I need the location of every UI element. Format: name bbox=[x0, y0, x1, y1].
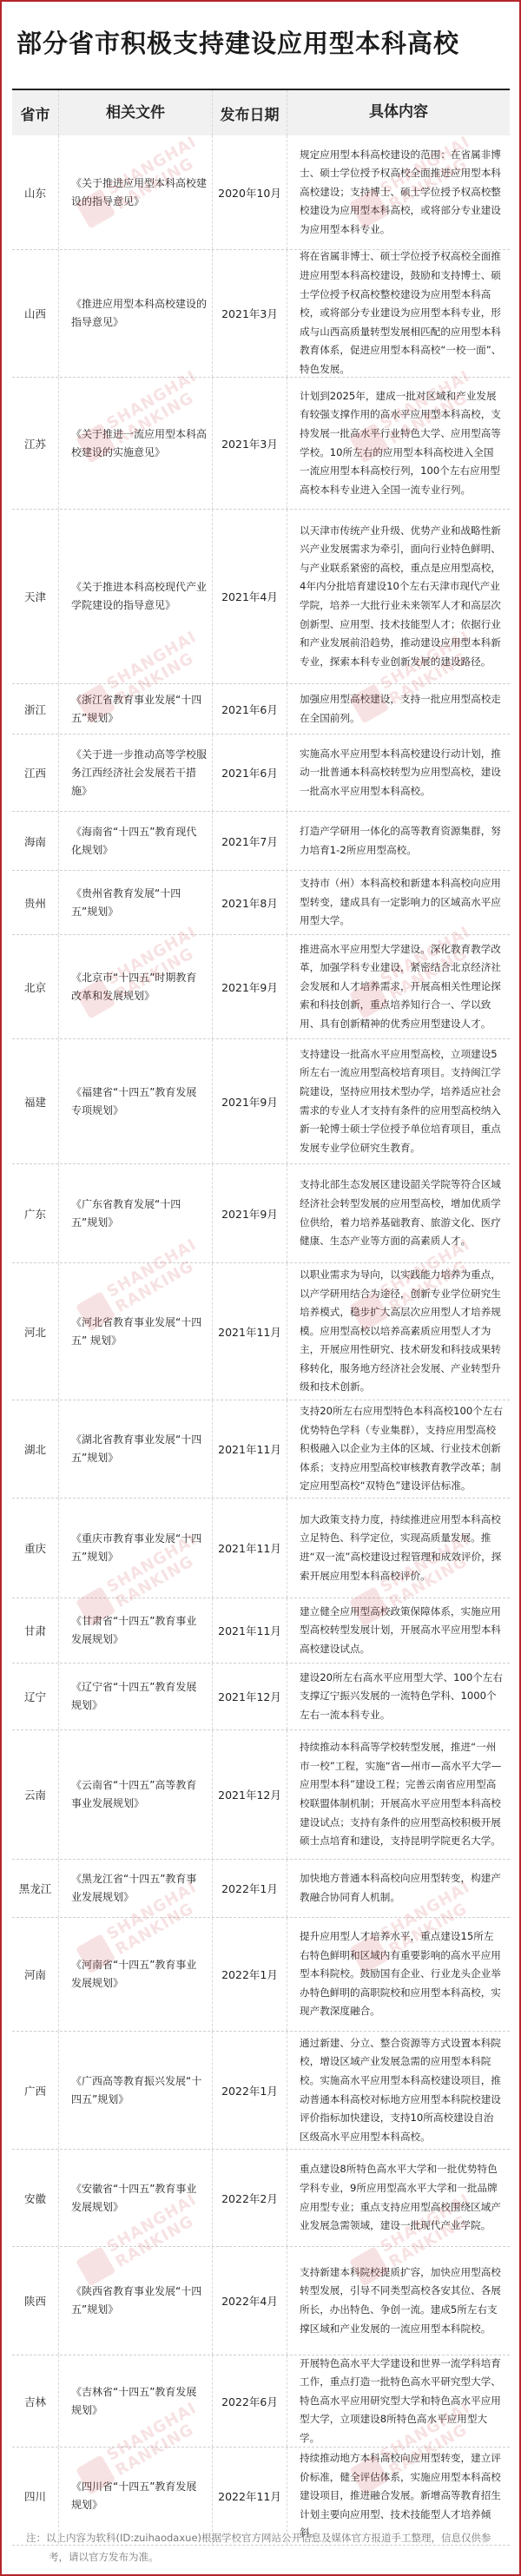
content-cell: 计划到2025年，建成一批对区域和产业发展有较强支撑作用的高水平应用型本科高校，… bbox=[287, 378, 510, 509]
province-cell: 广西 bbox=[12, 2032, 59, 2149]
province-cell: 江西 bbox=[12, 735, 59, 811]
date-cell: 2021年6月 bbox=[213, 735, 287, 811]
table-row: 湖北《湖北省教育事业发展“十四五”规划》2021年11月支持20所左右应用型特色… bbox=[12, 1400, 510, 1499]
date-cell: 2022年1月 bbox=[213, 1918, 287, 2031]
table-row: 北京《北京市“十四五”时期教育改革和发展规划》2021年9月推进高水平应用型大学… bbox=[12, 935, 510, 1039]
table-row: 安徽《安徽省“十四五”教育事业发展规划》2022年2月重点建设8所特色高水平大学… bbox=[12, 2150, 510, 2247]
table-row: 天津《关于推进本科高校现代产业学院建设的指导意见》2021年4月以天津市传统产业… bbox=[12, 510, 510, 684]
document-cell: 《广东省教育发展“十四五”规划》 bbox=[59, 1164, 213, 1262]
header-province: 省市 bbox=[12, 90, 59, 135]
date-cell: 2021年9月 bbox=[213, 935, 287, 1038]
document-cell: 《关于推进应用型本科高校建设的指导意见》 bbox=[59, 135, 213, 249]
table-row: 甘肃《甘肃省“十四五”教育事业发展规划》2021年11月建立健全应用型高校政策保… bbox=[12, 1598, 510, 1664]
table-row: 吉林《吉林省“十四五”教育发展规划》2022年6月开展特色高水平大学建设和世界一… bbox=[12, 2355, 510, 2448]
page-title: 部分省市积极支持建设应用型本科高校 bbox=[16, 24, 459, 60]
content-cell: 建设20所左右高水平应用型大学、100个左右支撑辽宁振兴发展的一流特色学科、10… bbox=[287, 1664, 510, 1729]
date-cell: 2021年6月 bbox=[213, 684, 287, 734]
content-cell: 打造产学研用一体化的高等教育资源集群，努力培育1-2所应用型高校。 bbox=[287, 812, 510, 870]
document-cell: 《广西高等教育振兴发展“十四五”规划》 bbox=[59, 2032, 213, 2149]
document-cell: 《陕西省教育事业发展“十四五”规划》 bbox=[59, 2247, 213, 2355]
content-cell: 开展特色高水平大学建设和世界一流学科培育工作，重点打造一批特色高水平研究型大学、… bbox=[287, 2355, 510, 2447]
province-cell: 浙江 bbox=[12, 684, 59, 734]
document-cell: 《关于推进本科高校现代产业学院建设的指导意见》 bbox=[59, 510, 213, 683]
date-cell: 2021年11月 bbox=[213, 1263, 287, 1400]
province-cell: 甘肃 bbox=[12, 1598, 59, 1663]
date-cell: 2022年2月 bbox=[213, 2150, 287, 2246]
document-cell: 《福建省“十四五”教育发展专项规划》 bbox=[59, 1039, 213, 1163]
province-cell: 北京 bbox=[12, 935, 59, 1038]
table-row: 陕西《陕西省教育事业发展“十四五”规划》2022年4月支持新建本科院校提质扩容，… bbox=[12, 2247, 510, 2355]
table-row: 辽宁《辽宁省“十四五”教育发展规划》2021年12月建设20所左右高水平应用型大… bbox=[12, 1664, 510, 1730]
document-cell: 《关于推进一流应用型本科高校建设的实施意见》 bbox=[59, 378, 213, 509]
date-cell: 2021年9月 bbox=[213, 1039, 287, 1163]
document-cell: 《湖北省教育事业发展“十四五”规划》 bbox=[59, 1400, 213, 1498]
content-cell: 将在省属非博士、硕士学位授予权高校全面推进应用型本科高校建设，鼓励和支持博士、硕… bbox=[287, 250, 510, 377]
province-cell: 海南 bbox=[12, 812, 59, 870]
date-cell: 2021年11月 bbox=[213, 1499, 287, 1598]
content-cell: 提升应用型人才培养水平，重点建设15所左右特色鲜明和区域内有重要影响的高水平应用… bbox=[287, 1918, 510, 2031]
footnote: 注：以上内容为软科(ID:zuihaodaxue)根据学校官方网站公开信息及媒体… bbox=[26, 2528, 509, 2566]
table-row: 福建《福建省“十四五”教育发展专项规划》2021年9月支持建设一批高水平应用型高… bbox=[12, 1039, 510, 1164]
province-cell: 河北 bbox=[12, 1263, 59, 1400]
content-cell: 支持新建本科院校提质扩容，加快应用型高校转型发展，引导不同类型高校各安其位、各展… bbox=[287, 2247, 510, 2355]
date-cell: 2021年7月 bbox=[213, 812, 287, 870]
document-cell: 《重庆市教育事业发展“十四五”规划》 bbox=[59, 1499, 213, 1598]
date-cell: 2021年9月 bbox=[213, 1164, 287, 1262]
table-row: 重庆《重庆市教育事业发展“十四五”规划》2021年11月加大政策支持力度，持续推… bbox=[12, 1499, 510, 1598]
content-cell: 加强应用型高校建设，支持一批应用型高校走在全国前列。 bbox=[287, 684, 510, 734]
document-cell: 《北京市“十四五”时期教育改革和发展规划》 bbox=[59, 935, 213, 1038]
date-cell: 2021年11月 bbox=[213, 1598, 287, 1663]
table-row: 江西《关于进一步推动高等学校服务江西经济社会发展若干措施》2021年6月实施高水… bbox=[12, 735, 510, 812]
document-cell: 《吉林省“十四五”教育发展规划》 bbox=[59, 2355, 213, 2447]
date-cell: 2021年12月 bbox=[213, 1730, 287, 1859]
date-cell: 2022年4月 bbox=[213, 2247, 287, 2355]
table-header-row: 省市 相关文件 发布日期 具体内容 bbox=[12, 90, 510, 135]
content-cell: 加快地方普通本科高校向应用型转变，构建产教融合协同育人机制。 bbox=[287, 1860, 510, 1917]
province-cell: 天津 bbox=[12, 510, 59, 683]
document-cell: 《贵州省教育发展“十四五”规划》 bbox=[59, 871, 213, 934]
province-cell: 福建 bbox=[12, 1039, 59, 1163]
content-cell: 重点建设8所特色高水平大学和一批优势特色学科专业，9所应用型高水平大学和一批品牌… bbox=[287, 2150, 510, 2246]
date-cell: 2021年3月 bbox=[213, 378, 287, 509]
table-row: 江苏《关于推进一流应用型本科高校建设的实施意见》2021年3月计划到2025年，… bbox=[12, 378, 510, 510]
content-cell: 推进高水平应用型大学建设。深化教育教学改革，加强学科专业建设，紧密结合北京经济社… bbox=[287, 935, 510, 1038]
province-cell: 山西 bbox=[12, 250, 59, 377]
table-row: 黑龙江《黑龙江省“十四五”教育事业发展规划》2022年1月加快地方普通本科高校向… bbox=[12, 1860, 510, 1918]
province-cell: 辽宁 bbox=[12, 1664, 59, 1729]
date-cell: 2022年1月 bbox=[213, 1860, 287, 1917]
content-cell: 支持20所左右应用型特色本科高校100个左右优势特色学科（专业集群），支持应用型… bbox=[287, 1400, 510, 1498]
table-row: 云南《云南省“十四五”高等教育事业发展规划》2021年12月持续推动本科高等学校… bbox=[12, 1730, 510, 1860]
table-row: 海南《海南省“十四五”教育现代化规划》2021年7月打造产学研用一体化的高等教育… bbox=[12, 812, 510, 871]
document-cell: 《甘肃省“十四五”教育事业发展规划》 bbox=[59, 1598, 213, 1663]
content-cell: 通过新建、分立、整合资源等方式设置本科院校，增设区域产业发展急需的应用型本科院校… bbox=[287, 2032, 510, 2149]
content-cell: 支持北部生态发展区建设韶关学院等符合区域经济社会转型发展的应用型高校，增加优质学… bbox=[287, 1164, 510, 1262]
document-cell: 《浙江省教育事业发展“十四五”规划》 bbox=[59, 684, 213, 734]
province-cell: 安徽 bbox=[12, 2150, 59, 2246]
province-cell: 河南 bbox=[12, 1918, 59, 2031]
document-cell: 《安徽省“十四五”教育事业发展规划》 bbox=[59, 2150, 213, 2246]
province-cell: 吉林 bbox=[12, 2355, 59, 2447]
date-cell: 2020年10月 bbox=[213, 135, 287, 249]
table-row: 浙江《浙江省教育事业发展“十四五”规划》2021年6月加强应用型高校建设，支持一… bbox=[12, 684, 510, 735]
date-cell: 2021年12月 bbox=[213, 1664, 287, 1729]
content-cell: 规定应用型本科高校建设的范围：在省属非博士、硕士学位授予权高校全面推进应用型本科… bbox=[287, 135, 510, 249]
document-cell: 《河南省“十四五”教育事业发展规划》 bbox=[59, 1918, 213, 2031]
header-document: 相关文件 bbox=[59, 90, 213, 135]
province-cell: 湖北 bbox=[12, 1400, 59, 1498]
content-cell: 支持建设一批高水平应用型高校，立项建设5所左右一流应用型高校培育项目。支持闽江学… bbox=[287, 1039, 510, 1163]
content-cell: 持续推动本科高等学校转型发展，推进“一州市一校”工程，实施“省—州市—高水平大学… bbox=[287, 1730, 510, 1859]
date-cell: 2021年4月 bbox=[213, 510, 287, 683]
document-cell: 《云南省“十四五”高等教育事业发展规划》 bbox=[59, 1730, 213, 1859]
table-row: 山东《关于推进应用型本科高校建设的指导意见》2020年10月规定应用型本科高校建… bbox=[12, 135, 510, 250]
province-cell: 陕西 bbox=[12, 2247, 59, 2355]
content-cell: 实施高水平应用型本科高校建设行动计划，推动一批普通本科高校转型为应用型高校，建设… bbox=[287, 735, 510, 811]
province-cell: 云南 bbox=[12, 1730, 59, 1859]
document-cell: 《河北省教育事业发展“十四五” 规划》 bbox=[59, 1263, 213, 1400]
policy-table: 省市 相关文件 发布日期 具体内容 山东《关于推进应用型本科高校建设的指导意见》… bbox=[12, 89, 510, 2546]
content-cell: 支持市（州）本科高校和新建本科高校向应用型转变，建成具有一定影响力的区域高水平应… bbox=[287, 871, 510, 934]
content-cell: 建立健全应用型高校政策保障体系，实施应用型高校转型发展计划，开展高水平应用型本科… bbox=[287, 1598, 510, 1663]
document-cell: 《推进应用型本科高校建设的指导意见》 bbox=[59, 250, 213, 377]
province-cell: 重庆 bbox=[12, 1499, 59, 1598]
table-row: 河北《河北省教育事业发展“十四五” 规划》2021年11月以职业需求为导向，以实… bbox=[12, 1263, 510, 1400]
document-cell: 《海南省“十四五”教育现代化规划》 bbox=[59, 812, 213, 870]
header-date: 发布日期 bbox=[213, 90, 287, 135]
content-cell: 以天津市传统产业升级、优势产业和战略性新兴产业发展需求为牵引，面向行业特色鲜明、… bbox=[287, 510, 510, 683]
province-cell: 广东 bbox=[12, 1164, 59, 1262]
table-row: 广西《广西高等教育振兴发展“十四五”规划》2022年1月通过新建、分立、整合资源… bbox=[12, 2032, 510, 2150]
header-content: 具体内容 bbox=[287, 90, 510, 135]
province-cell: 贵州 bbox=[12, 871, 59, 934]
date-cell: 2022年1月 bbox=[213, 2032, 287, 2149]
content-cell: 以职业需求为导向，以实践能力培养为重点，以产学研用结合为途径，创新专业学位研究生… bbox=[287, 1263, 510, 1400]
table-body: 山东《关于推进应用型本科高校建设的指导意见》2020年10月规定应用型本科高校建… bbox=[12, 135, 510, 2546]
province-cell: 江苏 bbox=[12, 378, 59, 509]
date-cell: 2021年8月 bbox=[213, 871, 287, 934]
date-cell: 2021年3月 bbox=[213, 250, 287, 377]
province-cell: 黑龙江 bbox=[12, 1860, 59, 1917]
table-row: 河南《河南省“十四五”教育事业发展规划》2022年1月提升应用型人才培养水平，重… bbox=[12, 1918, 510, 2032]
content-cell: 加大政策支持力度，持续推进应用型本科高校立足特色、科学定位，实现高质量发展。推进… bbox=[287, 1499, 510, 1598]
table-row: 广东《广东省教育发展“十四五”规划》2021年9月支持北部生态发展区建设韶关学院… bbox=[12, 1164, 510, 1263]
table-row: 山西《推进应用型本科高校建设的指导意见》2021年3月将在省属非博士、硕士学位授… bbox=[12, 250, 510, 378]
document-cell: 《关于进一步推动高等学校服务江西经济社会发展若干措施》 bbox=[59, 735, 213, 811]
province-cell: 山东 bbox=[12, 135, 59, 249]
date-cell: 2021年11月 bbox=[213, 1400, 287, 1498]
document-cell: 《黑龙江省“十四五”教育事业发展规划》 bbox=[59, 1860, 213, 1917]
document-cell: 《辽宁省“十四五”教育发展规划》 bbox=[59, 1664, 213, 1729]
table-row: 贵州《贵州省教育发展“十四五”规划》2021年8月支持市（州）本科高校和新建本科… bbox=[12, 871, 510, 935]
date-cell: 2022年6月 bbox=[213, 2355, 287, 2447]
